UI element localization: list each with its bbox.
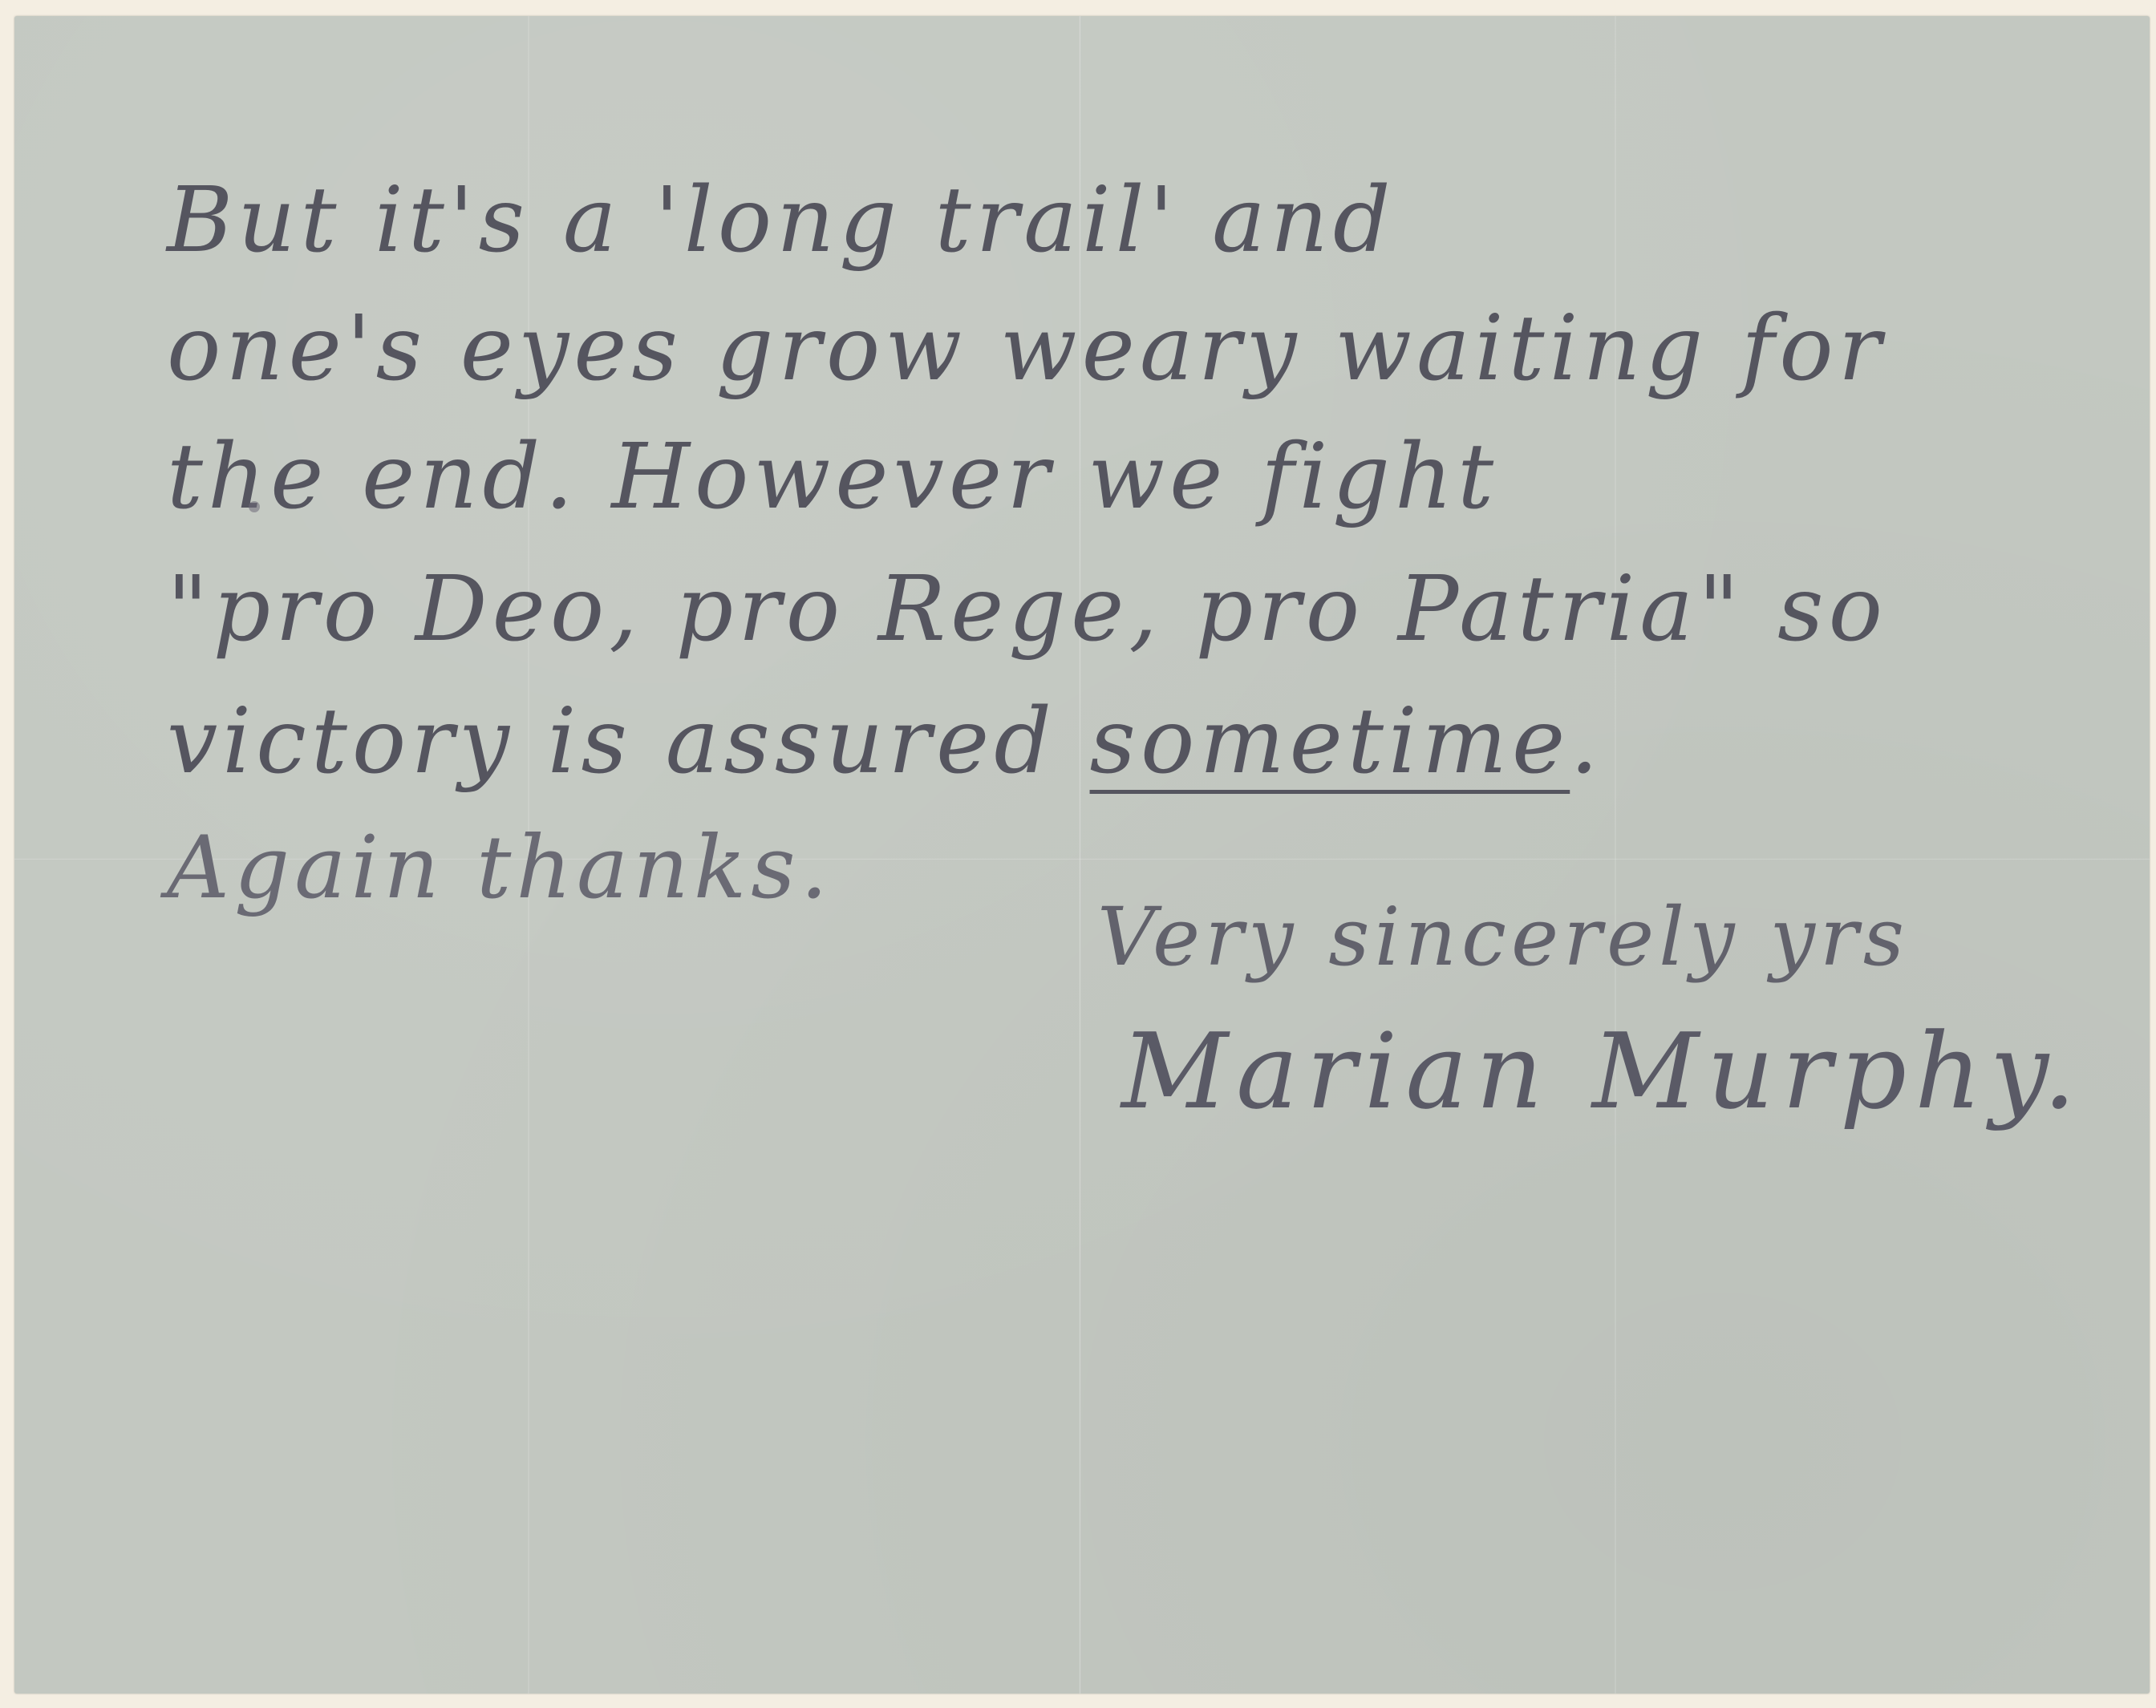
- underlined-word: sometime: [1090, 690, 1570, 794]
- signature: Marian Murphy.: [1121, 1010, 2084, 1132]
- letter-sheet: But it's a 'long trail' and one's eyes g…: [14, 16, 2150, 1694]
- letter-line-5: victory is assured sometime.: [167, 690, 1603, 794]
- letter-line-4: "pro Deo, pro Rege, pro Patria" so: [167, 557, 1887, 662]
- letter-line-6: Again thanks.: [167, 818, 833, 918]
- letter-line-5-text: victory is assured: [167, 690, 1090, 794]
- vertical-fold-line-right: [1615, 16, 1616, 1694]
- letter-line-3: the end. However we fight: [167, 425, 1498, 529]
- ink-blot: [249, 501, 260, 512]
- letter-line-2: one's eyes grow weary waiting for: [167, 297, 1886, 401]
- line-5-period: .: [1570, 690, 1603, 794]
- letter-line-1: But it's a 'long trail' and: [167, 168, 1396, 273]
- letter-closing: Very sincerely yrs: [1097, 890, 1909, 984]
